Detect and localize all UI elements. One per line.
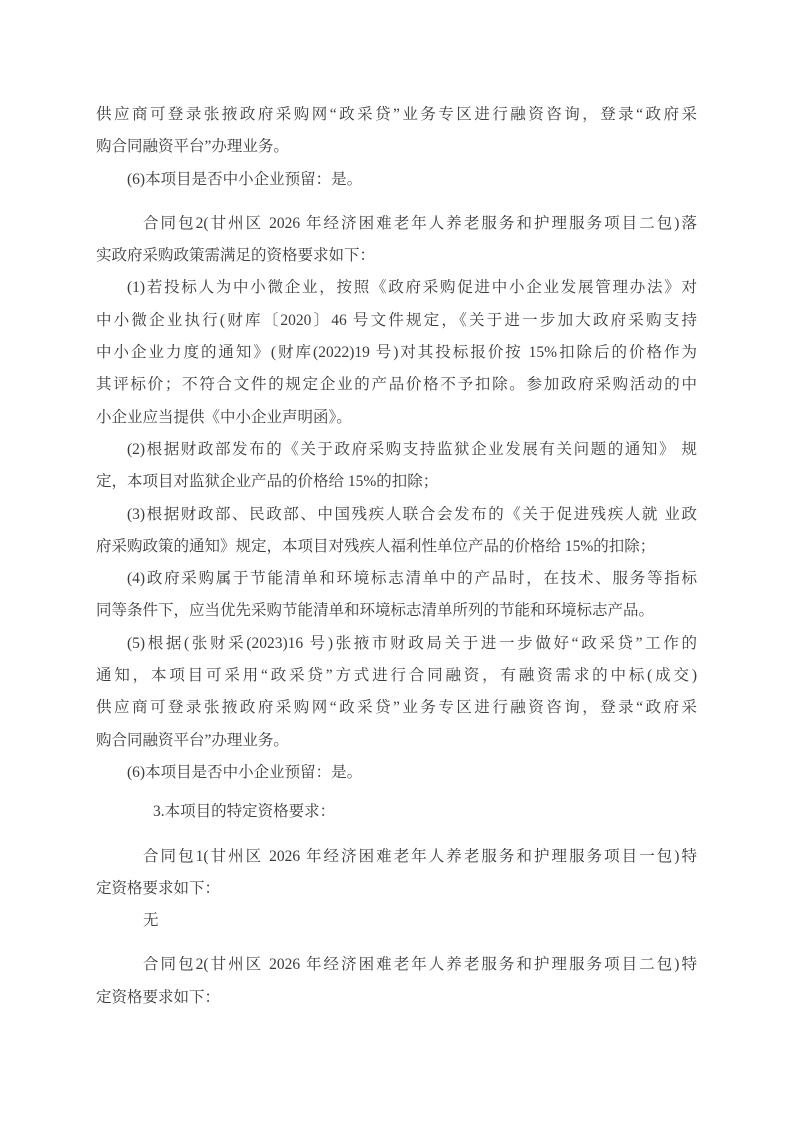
text-line: 供应商可登录张掖政府采购网“政采贷”业务专区进行融资咨询，登录“政府采 — [96, 99, 697, 131]
text-line: (6)本项目是否中小企业预留：是。 — [96, 164, 697, 196]
paragraph-p9-item6: (6)本项目是否中小企业预留：是。 — [96, 757, 697, 789]
paragraph-p10-section3: 3.本项目的特定资格要求： — [96, 796, 697, 828]
paragraph-p13-package2-specific: 合同包2(甘州区 2026 年经济困难老年人养老服务和护理服务项目二包)特定资格… — [96, 949, 697, 1014]
text-line: 通知，本项目可采用“政采贷”方式进行合同融资，有融资需求的中标(成交) — [96, 660, 697, 692]
paragraph-p5-item2: (2)根据财政部发布的《关于政府采购支持监狱企业发展有关问题的通知》 规定，本项… — [96, 434, 697, 499]
text-line: 实政府采购政策需满足的资格要求如下： — [96, 240, 697, 272]
text-line: 府采购政策的通知》规定，本项目对残疾人福利性单位产品的价格给 15%的扣除； — [96, 531, 697, 563]
text-line: 合同包1(甘州区 2026 年经济困难老年人养老服务和护理服务项目一包)特 — [96, 841, 697, 873]
text-line: 定资格要求如下： — [96, 873, 697, 905]
text-line: 同等条件下，应当优先采购节能清单和环境标志清单所列的节能和环境标志产品。 — [96, 595, 697, 627]
text-line: 无 — [96, 905, 697, 937]
document-page: 供应商可登录张掖政府采购网“政采贷”业务专区进行融资咨询，登录“政府采购合同融资… — [0, 0, 793, 1122]
paragraph-p6-item3: (3)根据财政部、民政部、中国残疾人联合会发布的《关于促进残疾人就 业政府采购政… — [96, 499, 697, 564]
text-line: (6)本项目是否中小企业预留：是。 — [96, 757, 697, 789]
text-line: 购合同融资平台”办理业务。 — [96, 725, 697, 757]
text-line: 小企业应当提供《中小企业声明函》。 — [96, 402, 697, 434]
document-content: 供应商可登录张掖政府采购网“政采贷”业务专区进行融资咨询，登录“政府采购合同融资… — [96, 99, 697, 1014]
text-line: 合同包2(甘州区 2026 年经济困难老年人养老服务和护理服务项目二包)落 — [96, 208, 697, 240]
text-line: 3.本项目的特定资格要求： — [96, 796, 697, 828]
text-line: 中小微企业执行(财库〔2020〕46 号文件规定，《关于进一步加大政府采购支持 — [96, 305, 697, 337]
paragraph-p8-item5: (5)根据(张财采(2023)16 号)张掖市财政局关于进一步做好“政采贷”工作… — [96, 628, 697, 757]
text-line: 合同包2(甘州区 2026 年经济困难老年人养老服务和护理服务项目二包)特 — [96, 949, 697, 981]
paragraph-p4-item1: (1)若投标人为中小微企业，按照《政府采购促进中小企业发展管理办法》对中小微企业… — [96, 272, 697, 433]
text-line: 定，本项目对监狱企业产品的价格给 15%的扣除； — [96, 466, 697, 498]
text-line: 购合同融资平台”办理业务。 — [96, 131, 697, 163]
text-line: (3)根据财政部、民政部、中国残疾人联合会发布的《关于促进残疾人就 业政 — [96, 499, 697, 531]
text-line: 中小企业力度的通知》(财库(2022)19 号)对其投标报价按 15%扣除后的价… — [96, 337, 697, 369]
paragraph-p3-package2-policy: 合同包2(甘州区 2026 年经济困难老年人养老服务和护理服务项目二包)落实政府… — [96, 208, 697, 273]
text-line: (1)若投标人为中小微企业，按照《政府采购促进中小企业发展管理办法》对 — [96, 272, 697, 304]
text-line: (2)根据财政部发布的《关于政府采购支持监狱企业发展有关问题的通知》 规 — [96, 434, 697, 466]
paragraph-p11-package1-specific: 合同包1(甘州区 2026 年经济困难老年人养老服务和护理服务项目一包)特定资格… — [96, 841, 697, 906]
text-line: 其评标价；不符合文件的规定企业的产品价格不予扣除。参加政府采购活动的中 — [96, 369, 697, 401]
text-line: 定资格要求如下： — [96, 982, 697, 1014]
paragraph-p2-item6: (6)本项目是否中小企业预留：是。 — [96, 164, 697, 196]
text-line: (5)根据(张财采(2023)16 号)张掖市财政局关于进一步做好“政采贷”工作… — [96, 628, 697, 660]
text-line: (4)政府采购属于节能清单和环境标志清单中的产品时，在技术、服务等指标 — [96, 563, 697, 595]
text-line: 供应商可登录张掖政府采购网“政采贷”业务专区进行融资咨询，登录“政府采 — [96, 692, 697, 724]
paragraph-p7-item4: (4)政府采购属于节能清单和环境标志清单中的产品时，在技术、服务等指标同等条件下… — [96, 563, 697, 628]
paragraph-p1-continuation-zhengcaidai: 供应商可登录张掖政府采购网“政采贷”业务专区进行融资咨询，登录“政府采购合同融资… — [96, 99, 697, 164]
paragraph-p12-none: 无 — [96, 905, 697, 937]
